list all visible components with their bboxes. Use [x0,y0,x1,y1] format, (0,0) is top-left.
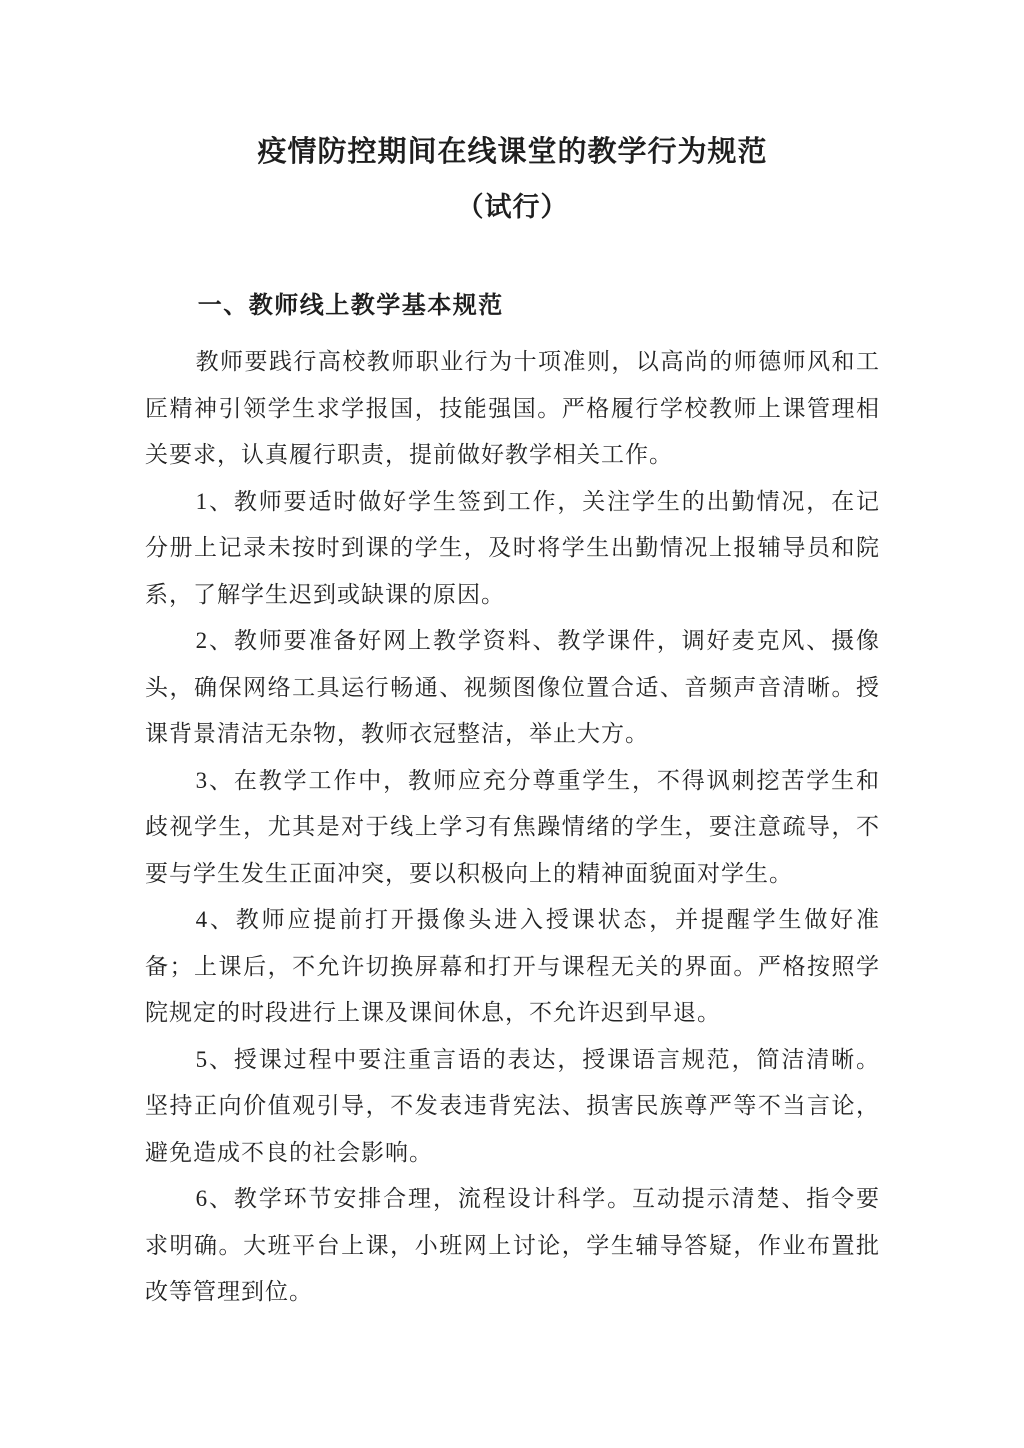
body-paragraph-item-3: 3、在教学工作中，教师应充分尊重学生，不得讽刺挖苦学生和歧视学生，尤其是对于线上… [145,758,880,898]
document-page: 疫情防控期间在线课堂的教学行为规范 （试行） 一、教师线上教学基本规范 教师要践… [0,0,1024,1448]
document-title: 疫情防控期间在线课堂的教学行为规范 [145,138,880,167]
body-paragraph-item-2: 2、教师要准备好网上教学资料、教学课件，调好麦克风、摄像头，确保网络工具运行畅通… [145,618,880,758]
body-paragraph-item-4: 4、教师应提前打开摄像头进入授课状态，并提醒学生做好准备；上课后，不允许切换屏幕… [145,897,880,1037]
section-heading: 一、教师线上教学基本规范 [145,294,880,318]
body-paragraph-item-5: 5、授课过程中要注重言语的表达，授课语言规范，简洁清晰。坚持正向价值观引导，不发… [145,1037,880,1177]
body-paragraph-item-6: 6、教学环节安排合理，流程设计科学。互动提示清楚、指令要求明确。大班平台上课，小… [145,1176,880,1316]
document-body: 教师要践行高校教师职业行为十项准则，以高尚的师德师风和工匠精神引领学生求学报国，… [145,339,880,1316]
body-paragraph-intro: 教师要践行高校教师职业行为十项准则，以高尚的师德师风和工匠精神引领学生求学报国，… [145,339,880,479]
document-content: 疫情防控期间在线课堂的教学行为规范 （试行） 一、教师线上教学基本规范 教师要践… [145,0,880,1316]
body-paragraph-item-1: 1、教师要适时做好学生签到工作，关注学生的出勤情况，在记分册上记录未按时到课的学… [145,479,880,619]
document-subtitle: （试行） [145,194,880,221]
